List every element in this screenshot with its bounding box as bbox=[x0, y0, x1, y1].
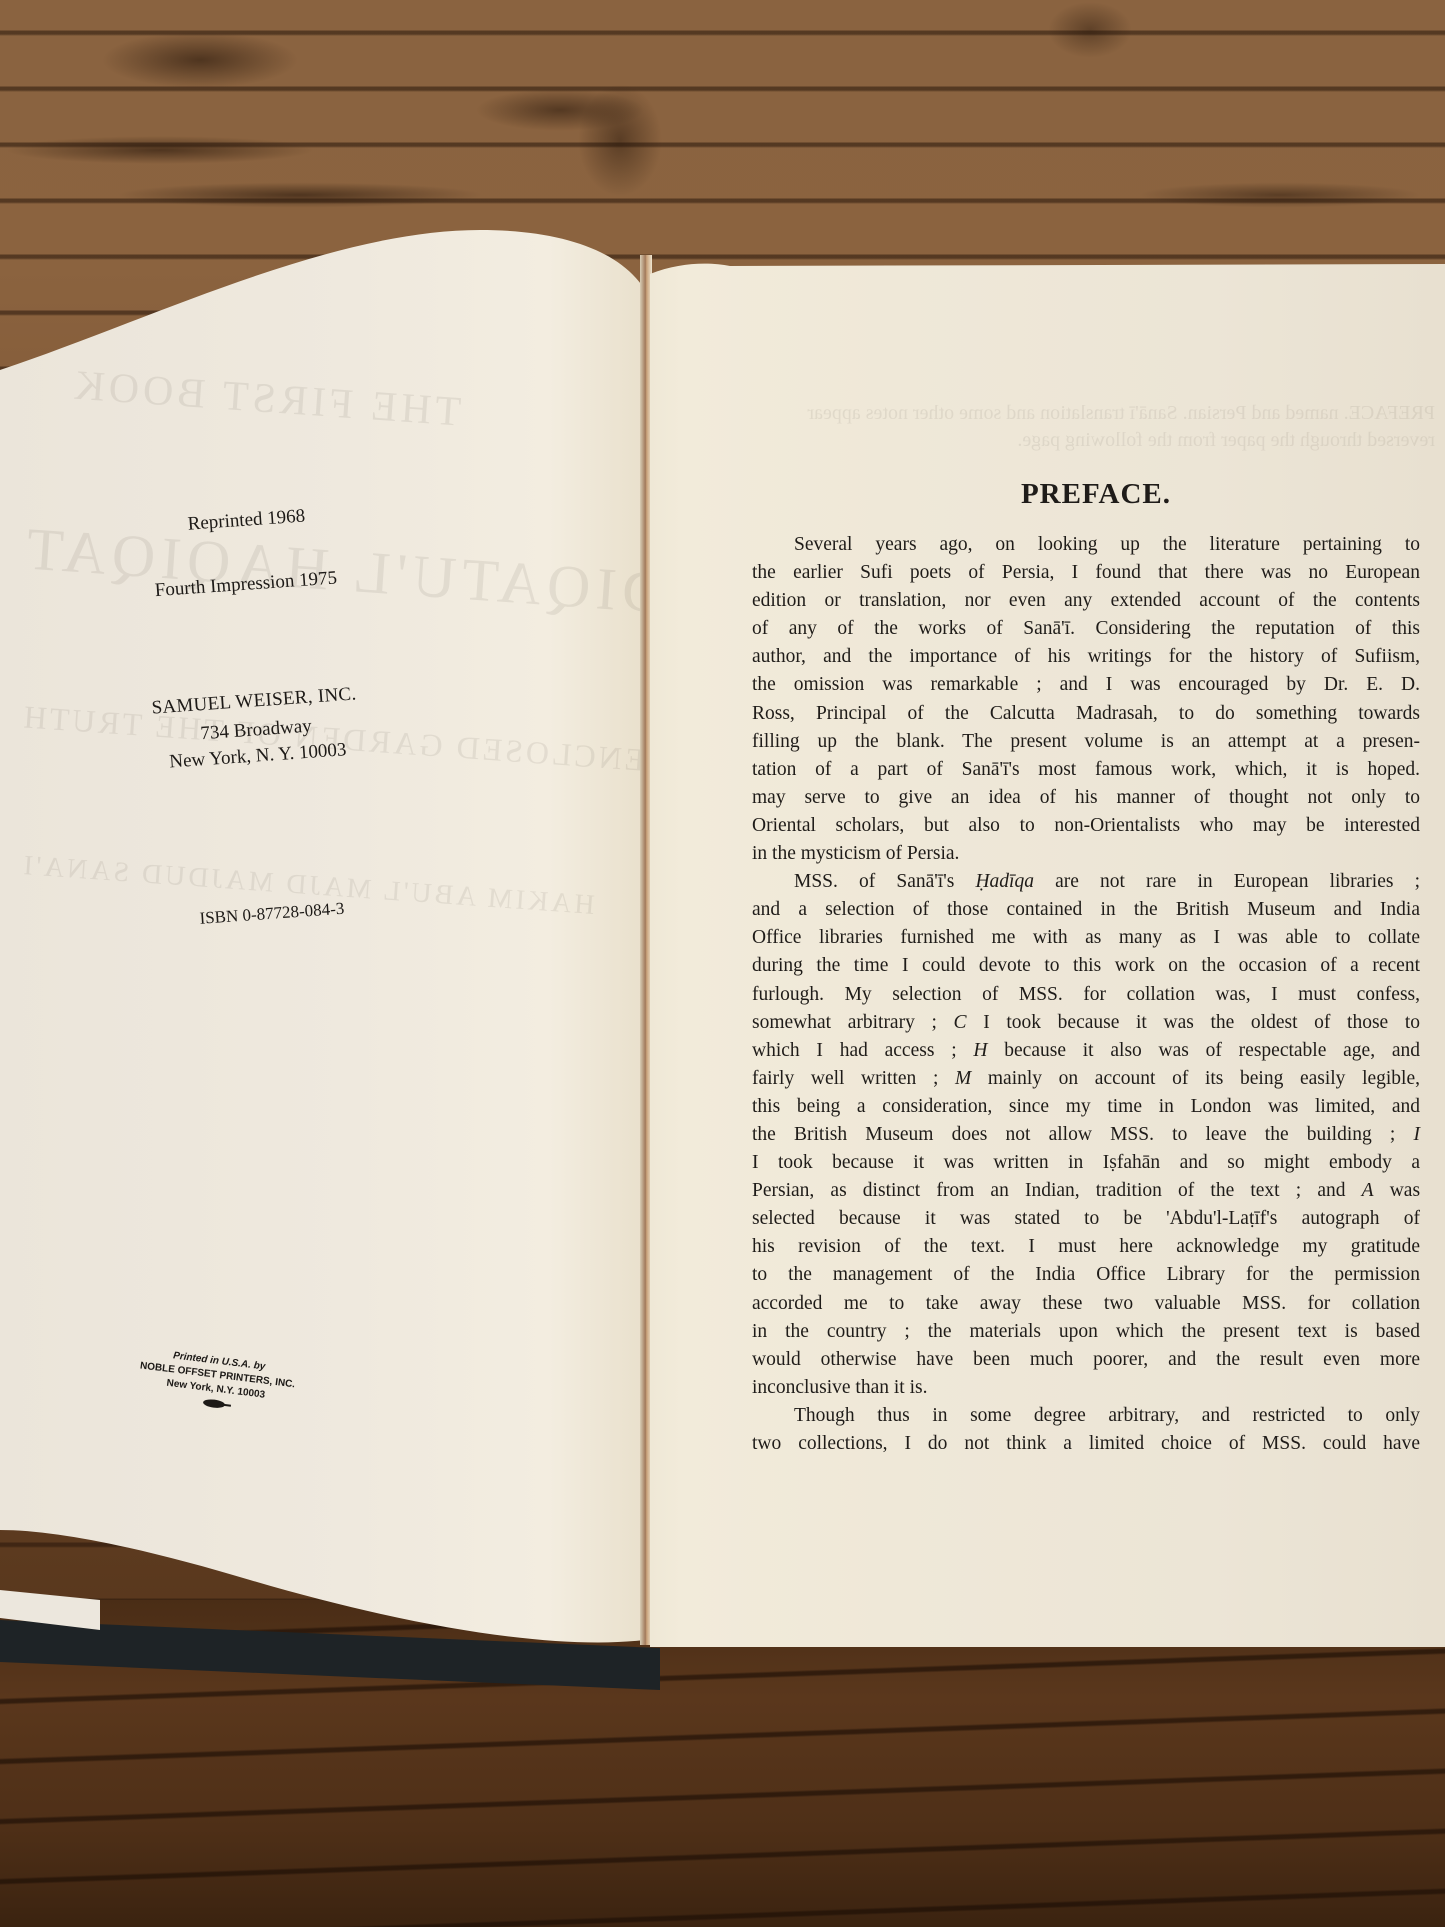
text-line: his revision of the text. I must here ac… bbox=[752, 1233, 1420, 1261]
text-line: fairly well written ; M mainly on accoun… bbox=[752, 1065, 1420, 1093]
text-line: somewhat arbitrary ; C I took because it… bbox=[752, 1009, 1420, 1037]
preface-text: PREFACE. Several years ago, on looking u… bbox=[752, 478, 1420, 1458]
text-line: in the mysticism of Persia. bbox=[752, 840, 1420, 868]
text-line: filling up the blank. The present volume… bbox=[752, 728, 1420, 756]
paragraph: Several years ago, on looking up the lit… bbox=[752, 531, 1420, 868]
text-line: to the management of the India Office Li… bbox=[752, 1261, 1420, 1289]
text-line: MSS. of Sanā'ī's Ḥadīqa are not rare in … bbox=[752, 868, 1420, 896]
text-line: the British Museum does not allow MSS. t… bbox=[752, 1121, 1420, 1149]
text-line: would otherwise have been much poorer, a… bbox=[752, 1346, 1420, 1374]
text-line: two collections, I do not think a limite… bbox=[752, 1430, 1420, 1458]
text-line: I took because it was written in Iṣfahān… bbox=[752, 1149, 1420, 1177]
text-line: author, and the importance of his writin… bbox=[752, 643, 1420, 671]
text-line: furlough. My selection of MSS. for colla… bbox=[752, 981, 1420, 1009]
leaf-icon bbox=[203, 1398, 226, 1409]
page-title: PREFACE. bbox=[752, 478, 1420, 511]
paragraph: Though thus in some degree arbitrary, an… bbox=[752, 1402, 1420, 1458]
paragraph: MSS. of Sanā'ī's Ḥadīqa are not rare in … bbox=[752, 868, 1420, 1402]
text-line: and a selection of those contained in th… bbox=[752, 896, 1420, 924]
text-line: may serve to give an idea of his manner … bbox=[752, 784, 1420, 812]
reprint-line: Reprinted 1968 bbox=[101, 500, 392, 542]
text-line: the omission was remarkable ; and I was … bbox=[752, 671, 1420, 699]
text-line: in the country ; the materials upon whic… bbox=[752, 1318, 1420, 1346]
copyright-block: Reprinted 1968 Fourth Impression 1975 SA… bbox=[90, 490, 419, 935]
impression-line: Fourth Impression 1975 bbox=[96, 563, 397, 606]
text-line: of any of the works of Sanā'ī. Consideri… bbox=[752, 615, 1420, 643]
left-page bbox=[0, 230, 645, 1650]
text-line: Persian, as distinct from an Indian, tra… bbox=[752, 1177, 1420, 1205]
wood-grain-top bbox=[0, 0, 1445, 280]
text-line: the earlier Sufi poets of Persia, I foun… bbox=[752, 559, 1420, 587]
text-line: tation of a part of Sanā'ī's most famous… bbox=[752, 756, 1420, 784]
text-line: edition or translation, nor even any ext… bbox=[752, 587, 1420, 615]
preface-body: Several years ago, on looking up the lit… bbox=[752, 531, 1420, 1458]
text-line: inconclusive than it is. bbox=[752, 1374, 1420, 1402]
text-line: during the time I could devote to this w… bbox=[752, 952, 1420, 980]
text-line: Oriental scholars, but also to non-Orien… bbox=[752, 812, 1420, 840]
text-line: Though thus in some degree arbitrary, an… bbox=[752, 1402, 1420, 1430]
text-line: Office libraries furnished me with as ma… bbox=[752, 924, 1420, 952]
text-line: which I had access ; H because it also w… bbox=[752, 1037, 1420, 1065]
text-line: accorded me to take away these two valua… bbox=[752, 1290, 1420, 1318]
text-line: Several years ago, on looking up the lit… bbox=[752, 531, 1420, 559]
text-line: this being a consideration, since my tim… bbox=[752, 1093, 1420, 1121]
text-line: Ross, Principal of the Calcutta Madrasah… bbox=[752, 700, 1420, 728]
text-line: selected because it was stated to be 'Ab… bbox=[752, 1205, 1420, 1233]
